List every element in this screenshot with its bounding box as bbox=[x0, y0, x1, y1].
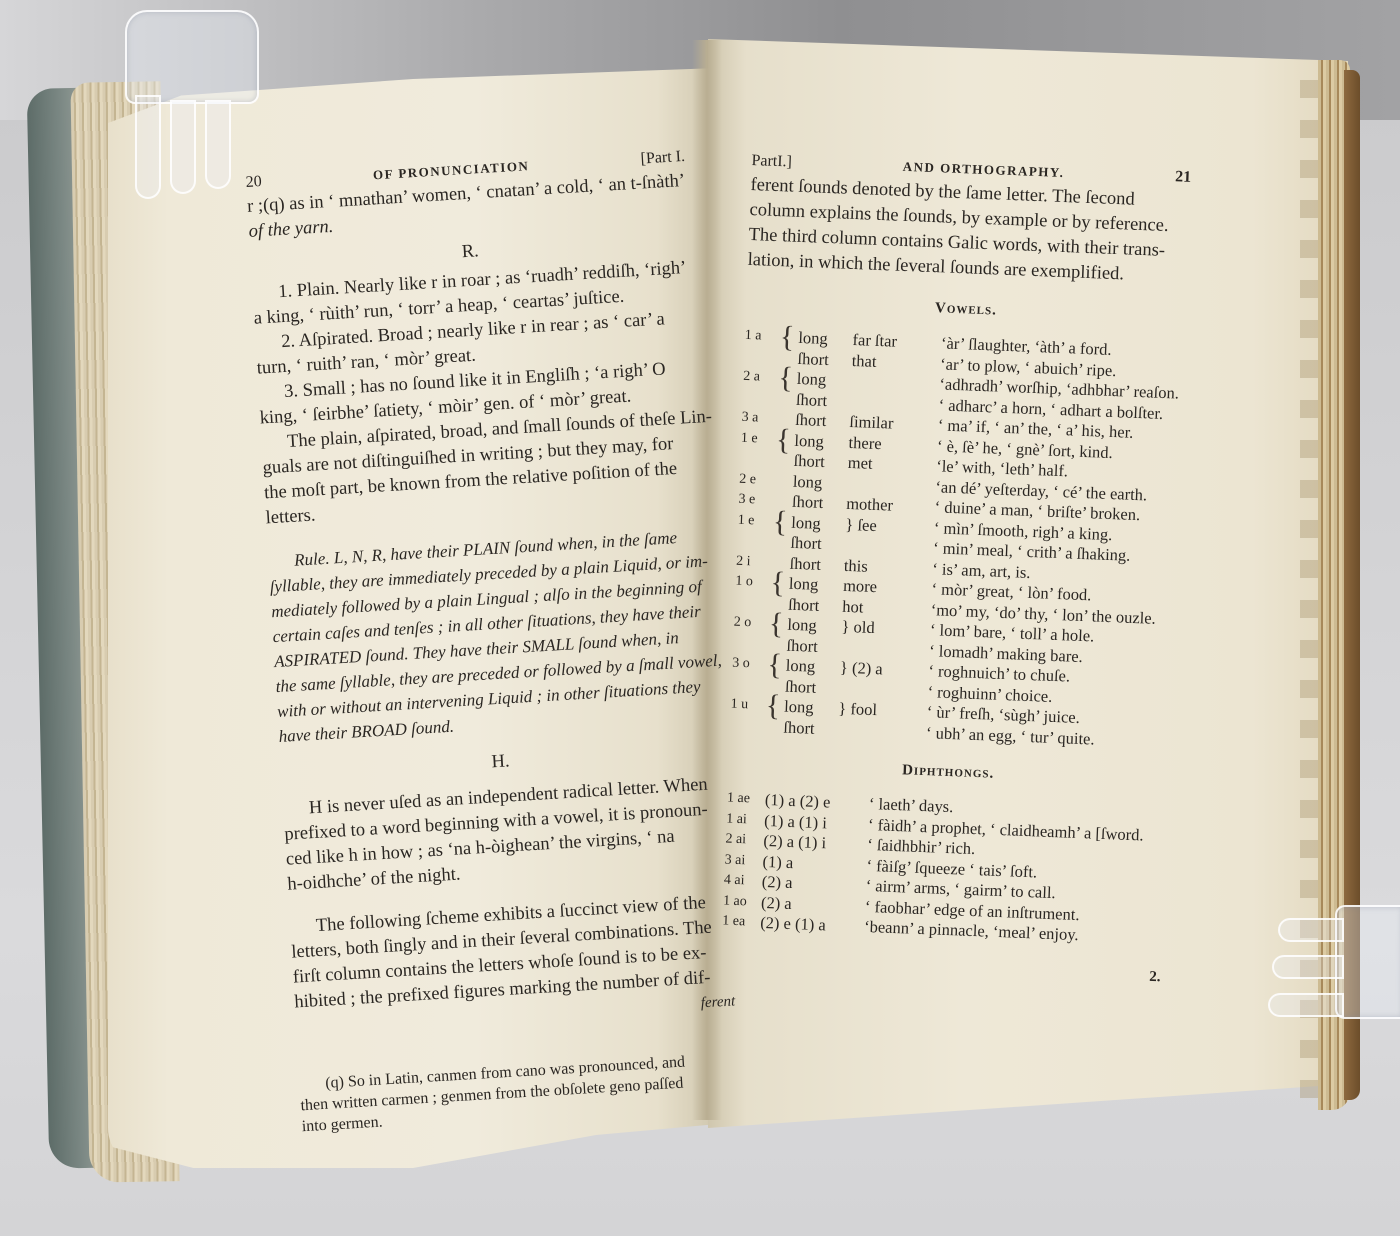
diphthong-letters: 1 ae bbox=[727, 789, 766, 811]
vowels-title: Vowels. bbox=[746, 289, 1187, 331]
vowel-number bbox=[731, 674, 767, 696]
intro-paragraph: ferent ſounds denoted by the ſame letter… bbox=[747, 173, 1191, 290]
clip-tooth bbox=[135, 95, 161, 199]
right-page-text: PartI.] AND ORTHOGRAPHY. 21 ferent ſound… bbox=[720, 148, 1191, 990]
vowel-number bbox=[733, 633, 769, 655]
brace-glyph: { bbox=[776, 430, 795, 451]
vowel-quality: ſhort bbox=[792, 492, 847, 515]
brace-glyph: { bbox=[770, 573, 789, 594]
diphthong-letters: 3 ai bbox=[724, 850, 763, 872]
vowel-quality: ſhort bbox=[788, 594, 843, 617]
hair-clip-top bbox=[125, 10, 259, 104]
diphthongs-table: 1 ae(1) a (2) e‘ laeth’ days.1 ai(1) a (… bbox=[722, 789, 1149, 949]
vowel-quality: ſhort bbox=[793, 451, 848, 474]
vowel-number: 1 o bbox=[735, 572, 771, 594]
vowel-quality: ſhort bbox=[785, 676, 840, 699]
example-word: } fool bbox=[838, 699, 927, 723]
vowels-table: 1 a{longfar ſtar‘àr’ ſlaughter, ‘àth’ a … bbox=[729, 326, 1184, 753]
vowel-number: 2 i bbox=[736, 551, 772, 573]
vowel-quality: ſhort bbox=[790, 533, 845, 556]
example-word: } (2) a bbox=[840, 658, 929, 682]
vowel-quality: ſhort bbox=[796, 389, 851, 412]
vowel-number bbox=[729, 715, 765, 737]
clip-tooth bbox=[170, 100, 196, 194]
diphthong-letters: 2 ai bbox=[725, 829, 764, 851]
vowel-quality: long bbox=[798, 328, 853, 351]
diphthong-letters: 1 ea bbox=[722, 911, 761, 933]
vowel-number: 2 o bbox=[733, 613, 769, 635]
example-word: } old bbox=[841, 617, 930, 641]
vowel-number: 1 a bbox=[744, 326, 780, 348]
page-number: 21 bbox=[1175, 164, 1192, 190]
vowel-quality: long bbox=[794, 430, 849, 453]
diphthong-letters: 1 ao bbox=[723, 891, 762, 913]
brace-glyph: { bbox=[769, 614, 788, 635]
vowel-number: 1 e bbox=[740, 428, 776, 450]
vowel-number bbox=[742, 387, 778, 409]
vowel-number bbox=[744, 346, 780, 368]
brace-glyph: { bbox=[778, 368, 797, 389]
vowel-quality: long bbox=[793, 471, 848, 494]
vowel-number: 2 e bbox=[739, 469, 775, 491]
diphthongs-title: Diphthongs. bbox=[728, 752, 1169, 794]
part-label: [Part I. bbox=[640, 144, 686, 172]
clip-tooth bbox=[205, 100, 231, 189]
vowel-number bbox=[737, 531, 773, 553]
example-word: } ſee bbox=[845, 514, 934, 538]
section-h: H is never uſed as an independent radica… bbox=[282, 772, 727, 898]
page-number: 20 bbox=[245, 169, 262, 195]
brace-glyph: { bbox=[780, 327, 799, 348]
vowel-number: 3 e bbox=[738, 490, 774, 512]
left-page-text: 20 OF PRONUNCIATION [Part I. r ;(q) as i… bbox=[245, 144, 742, 1137]
vowel-quality: long bbox=[789, 574, 844, 597]
hair-clip-right bbox=[1335, 905, 1400, 1019]
vowel-quality: ſhort bbox=[797, 348, 852, 371]
clip-tooth bbox=[1272, 955, 1344, 979]
brace-glyph: { bbox=[767, 655, 786, 676]
vowel-number: 3 o bbox=[732, 654, 768, 676]
vowel-quality: ſhort bbox=[789, 553, 844, 576]
clip-tooth bbox=[1268, 993, 1344, 1017]
sound-reference: (2) e (1) a bbox=[760, 913, 865, 937]
example-word: that bbox=[851, 350, 940, 374]
vowel-quality: long bbox=[791, 512, 846, 535]
brace-glyph bbox=[774, 471, 793, 492]
example-word: met bbox=[847, 453, 936, 477]
vowel-quality: long bbox=[796, 369, 851, 392]
vowel-quality: ſhort bbox=[783, 717, 838, 740]
part-label: PartI.] bbox=[751, 148, 792, 175]
clip-tooth bbox=[1278, 918, 1344, 942]
vowel-number bbox=[740, 449, 776, 471]
rule-paragraph: Rule. L, N, R, have their PLAIN ſound wh… bbox=[268, 523, 719, 749]
scheme-intro: The following ſcheme exhibits a ſuccinct… bbox=[289, 890, 736, 1041]
vowel-quality: long bbox=[785, 656, 840, 679]
section-r: 1. Plain. Nearly like r in roar ; as ‘ru… bbox=[252, 256, 706, 532]
vowel-quality: ſhort bbox=[795, 410, 850, 433]
vowel-number: 1 e bbox=[737, 510, 773, 532]
vowel-number: 3 a bbox=[741, 408, 777, 430]
vowel-number: 1 u bbox=[730, 695, 766, 717]
vowel-quality: long bbox=[787, 615, 842, 638]
example-word: more bbox=[843, 576, 932, 600]
diphthong-letters: 4 ai bbox=[723, 870, 762, 892]
brace-glyph: { bbox=[773, 512, 792, 533]
vowel-number bbox=[734, 592, 770, 614]
vowel-quality: long bbox=[784, 697, 839, 720]
vowel-number: 2 a bbox=[743, 367, 779, 389]
example-word: far ſtar bbox=[852, 330, 941, 354]
example-word bbox=[837, 719, 926, 743]
brace-glyph: { bbox=[765, 696, 784, 717]
example-word: mother bbox=[846, 494, 935, 518]
example-word: ſimilar bbox=[849, 412, 938, 436]
vowel-quality: ſhort bbox=[786, 635, 841, 658]
diphthong-letters: 1 ai bbox=[726, 809, 765, 831]
